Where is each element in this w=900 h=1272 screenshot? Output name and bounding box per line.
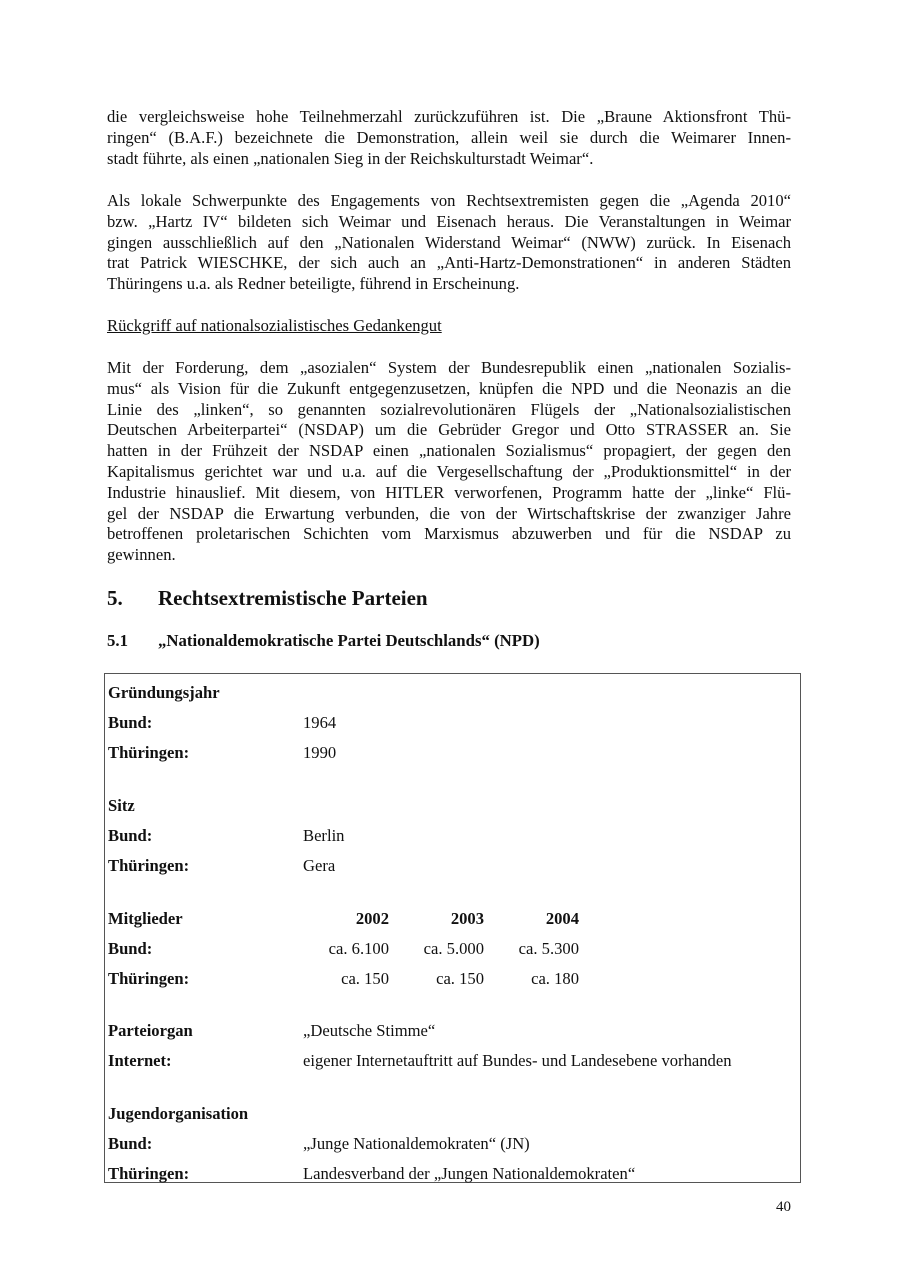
thueringen-label: Thüringen: [108, 743, 189, 763]
paragraph-baf: die vergleichsweise hohe Teilnehmerzahl … [107, 107, 791, 169]
bund-label: Bund: [108, 713, 152, 733]
organ-value: „Deutsche Stimme“ [303, 1021, 435, 1041]
subsection-heading: 5.1„Nationaldemokratische Partei Deutsch… [107, 631, 540, 651]
text-line: Kapitalismus gerichtet war und u.a. auf … [107, 462, 791, 483]
organ-label: Parteiorgan [108, 1021, 193, 1041]
npd-factbox: Gründungsjahr Bund: 1964 Thüringen: 1990… [104, 673, 801, 1183]
text-line: die vergleichsweise hohe Teilnehmerzahl … [107, 107, 791, 128]
text-line: Thüringens u.a. als Redner beteiligte, f… [107, 274, 791, 295]
youth-label: Jugendorganisation [108, 1104, 248, 1124]
members-bund-value: ca. 5.000 [394, 939, 484, 959]
internet-label: Internet: [108, 1051, 172, 1071]
paragraph-forderung: Mit der Forderung, dem „asozialen“ Syste… [107, 358, 791, 566]
youth-thueringen-value: Landesverband der „Jungen Nationaldemokr… [303, 1164, 635, 1184]
bund-label: Bund: [108, 939, 152, 959]
seat-thueringen-value: Gera [303, 856, 335, 876]
members-thueringen-value: ca. 150 [299, 969, 389, 989]
text-line: Deutschen Arbeiterpartei“ (NSDAP) um die… [107, 420, 791, 441]
members-thueringen-value: ca. 180 [489, 969, 579, 989]
members-label: Mitglieder [108, 909, 183, 929]
members-bund-value: ca. 6.100 [299, 939, 389, 959]
text-line: gingen ausschließlich auf den „Nationale… [107, 233, 791, 254]
text-line: hatten in der Frühzeit der NSDAP einen „… [107, 441, 791, 462]
text-line: gel der NSDAP die Erwartung verbunden, d… [107, 504, 791, 525]
seat-bund-value: Berlin [303, 826, 344, 846]
text-line: ringen“ (B.A.F.) bezeichnete die Demonst… [107, 128, 791, 149]
text-line: bzw. „Hartz IV“ bildeten sich Weimar und… [107, 212, 791, 233]
thueringen-label: Thüringen: [108, 1164, 189, 1184]
bund-label: Bund: [108, 1134, 152, 1154]
text-line: stadt führte, als einen „nationalen Sieg… [107, 149, 791, 170]
document-page: die vergleichsweise hohe Teilnehmerzahl … [0, 0, 900, 1272]
members-thueringen-value: ca. 150 [394, 969, 484, 989]
page-number: 40 [776, 1199, 791, 1216]
thueringen-label: Thüringen: [108, 969, 189, 989]
text-line: betroffenen proletarischen Schichten vom… [107, 524, 791, 545]
text-line: Mit der Forderung, dem „asozialen“ Syste… [107, 358, 791, 379]
text-line: trat Patrick WIESCHKE, der sich auch an … [107, 253, 791, 274]
members-year: 2004 [489, 909, 579, 929]
text-line: gewinnen. [107, 545, 791, 566]
subheading-rueckgriff: Rückgriff auf nationalsozialistisches Ge… [107, 316, 442, 336]
section-title: Rechtsextremistische Parteien [158, 586, 428, 610]
section-heading: 5.Rechtsextremistische Parteien [107, 586, 428, 611]
founding-label: Gründungsjahr [108, 683, 220, 703]
internet-value: eigener Internetauftritt auf Bundes- und… [303, 1051, 732, 1071]
youth-bund-value: „Junge Nationaldemokraten“ (JN) [303, 1134, 530, 1154]
subsection-number: 5.1 [107, 631, 158, 651]
paragraph-schwerpunkte: Als lokale Schwerpunkte des Engagements … [107, 191, 791, 295]
section-number: 5. [107, 586, 158, 611]
founding-thueringen-value: 1990 [303, 743, 336, 763]
text-line: Linie des „linken“, so genannten sozialr… [107, 400, 791, 421]
bund-label: Bund: [108, 826, 152, 846]
text-line: mus“ als Vision für die Zukunft entgegen… [107, 379, 791, 400]
seat-label: Sitz [108, 796, 135, 816]
thueringen-label: Thüringen: [108, 856, 189, 876]
subsection-title: „Nationaldemokratische Partei Deutschlan… [158, 631, 540, 650]
members-year: 2003 [394, 909, 484, 929]
members-bund-value: ca. 5.300 [489, 939, 579, 959]
founding-bund-value: 1964 [303, 713, 336, 733]
text-line: Als lokale Schwerpunkte des Engagements … [107, 191, 791, 212]
text-line: Industrie hinauslief. Mit diesem, von HI… [107, 483, 791, 504]
members-year: 2002 [299, 909, 389, 929]
